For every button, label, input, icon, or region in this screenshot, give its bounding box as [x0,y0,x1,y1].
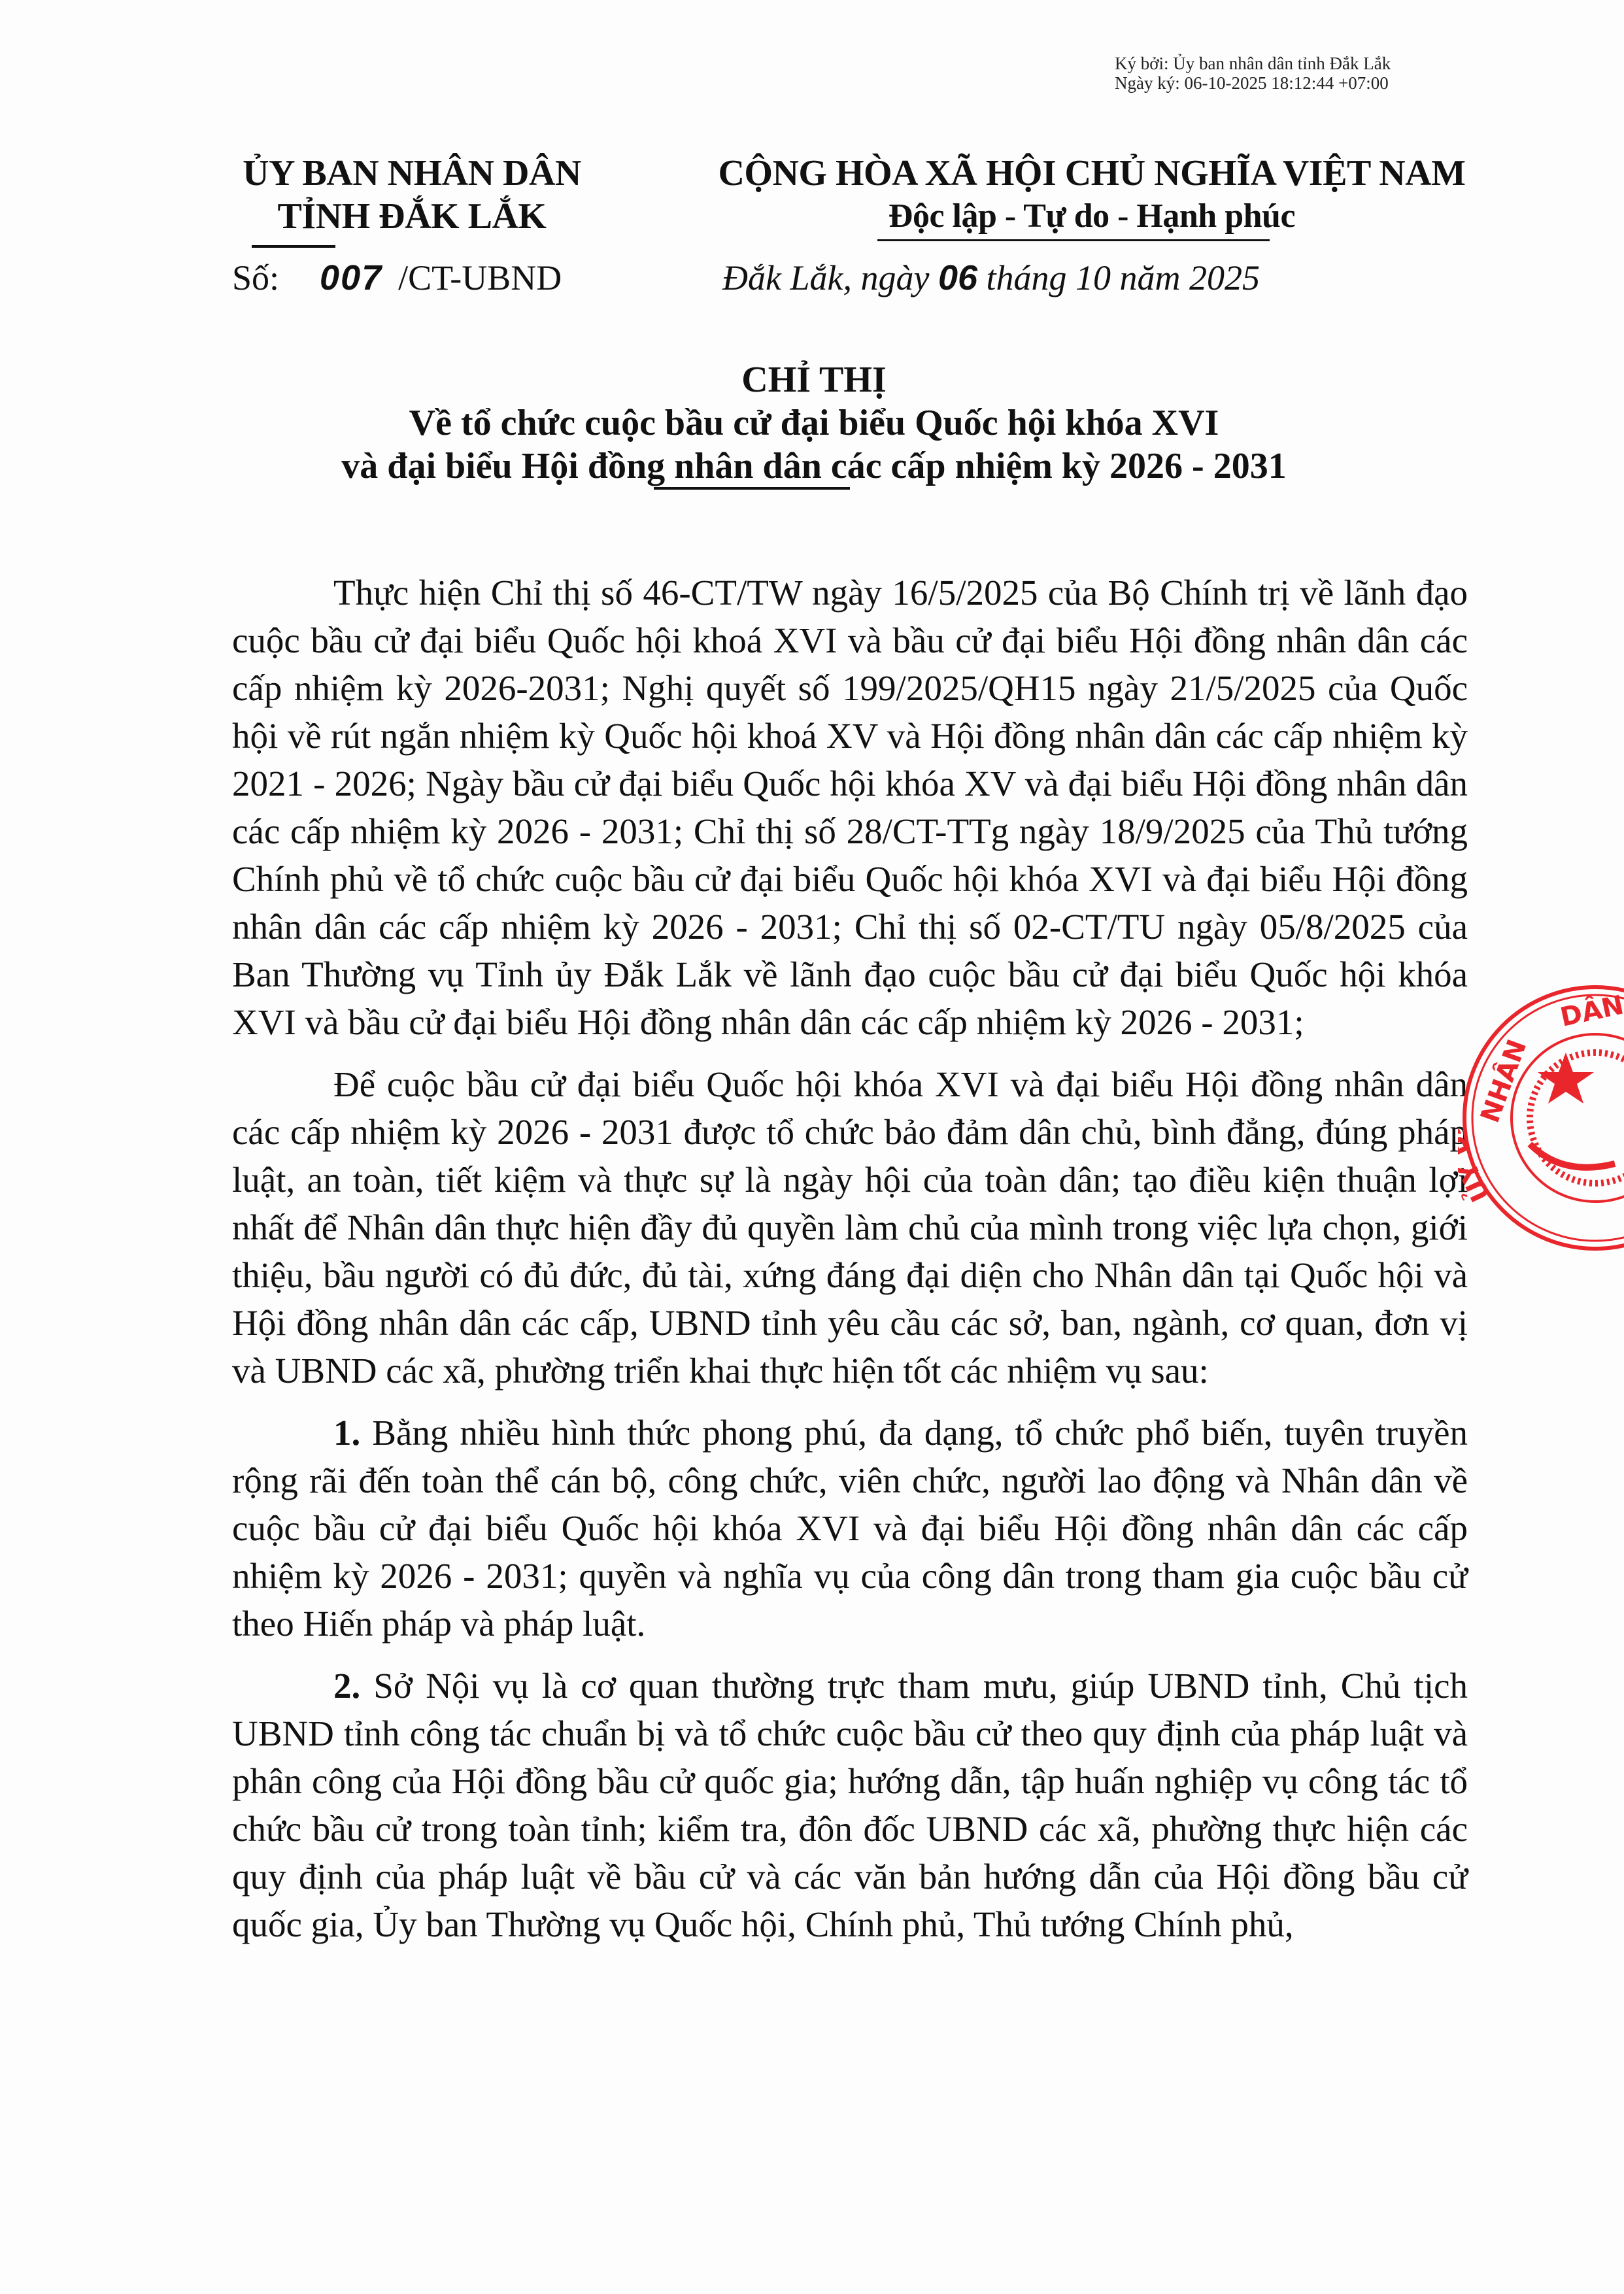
signed-by: Ký bởi: Ủy ban nhân dân tỉnh Đắk Lắk [1115,54,1391,73]
place-suffix: tháng 10 năm 2025 [987,258,1260,297]
doc-type: CHỈ THỊ [196,358,1432,401]
issue-day: 06 [938,258,977,297]
nation-name: CỘNG HÒA XÃ HỘI CHỦ NGHĨA VIỆT NAM [680,152,1504,195]
official-seal-icon: DÂN NHÂN ỦY BAN [1458,981,1624,1255]
item-2: 2. Sở Nội vụ là cơ quan thường trực tham… [232,1662,1468,1948]
item-1-text: Bằng nhiều hình thức phong phú, đa dạng,… [232,1413,1468,1644]
national-motto: Độc lập - Tự do - Hạnh phúc [680,195,1504,238]
document-number: Số:007/CT-UBND [232,255,562,301]
place-prefix: Đắk Lắk, ngày [722,258,929,297]
signed-at: Ngày ký: 06-10-2025 18:12:44 +07:00 [1115,73,1391,93]
doc-number-suffix: /CT-UBND [398,258,562,297]
item-1: 1. Bằng nhiều hình thức phong phú, đa dạ… [232,1409,1468,1647]
title-underline [654,487,850,490]
item-2-text: Sở Nội vụ là cơ quan thường trực tham mư… [232,1666,1468,1944]
digital-signature-block: Ký bởi: Ủy ban nhân dân tỉnh Đắk Lắk Ngà… [1115,54,1391,93]
paragraph-preamble: Thực hiện Chỉ thị số 46-CT/TW ngày 16/5/… [232,569,1468,1046]
document-title: CHỈ THỊ Về tổ chức cuộc bầu cử đại biểu … [196,358,1432,488]
national-header: CỘNG HÒA XÃ HỘI CHỦ NGHĨA VIỆT NAM Độc l… [680,152,1504,238]
org-line-2: TỈNH ĐẮK LẮK [278,195,547,238]
document-body: Thực hiện Chỉ thị số 46-CT/TW ngày 16/5/… [232,569,1468,1963]
org-underline [252,245,335,248]
subject-line-2: và đại biểu Hội đồng nhân dân các cấp nh… [196,445,1432,488]
org-line-1: ỦY BAN NHÂN DÂN [183,152,641,195]
paragraph-purpose: Để cuộc bầu cử đại biểu Quốc hội khóa XV… [232,1060,1468,1394]
issuing-organization: ỦY BAN NHÂN DÂN TỈNH ĐẮK LẮK [183,152,641,238]
item-2-number: 2. [333,1666,360,1706]
doc-number-value: 007 [320,258,382,297]
doc-number-label: Số: [232,258,279,297]
subject-line-1: Về tổ chức cuộc bầu cử đại biểu Quốc hội… [196,401,1432,445]
place-date: Đắk Lắk, ngày 06 tháng 10 năm 2025 [722,255,1474,301]
motto-underline [877,239,1270,241]
item-1-number: 1. [333,1413,360,1453]
